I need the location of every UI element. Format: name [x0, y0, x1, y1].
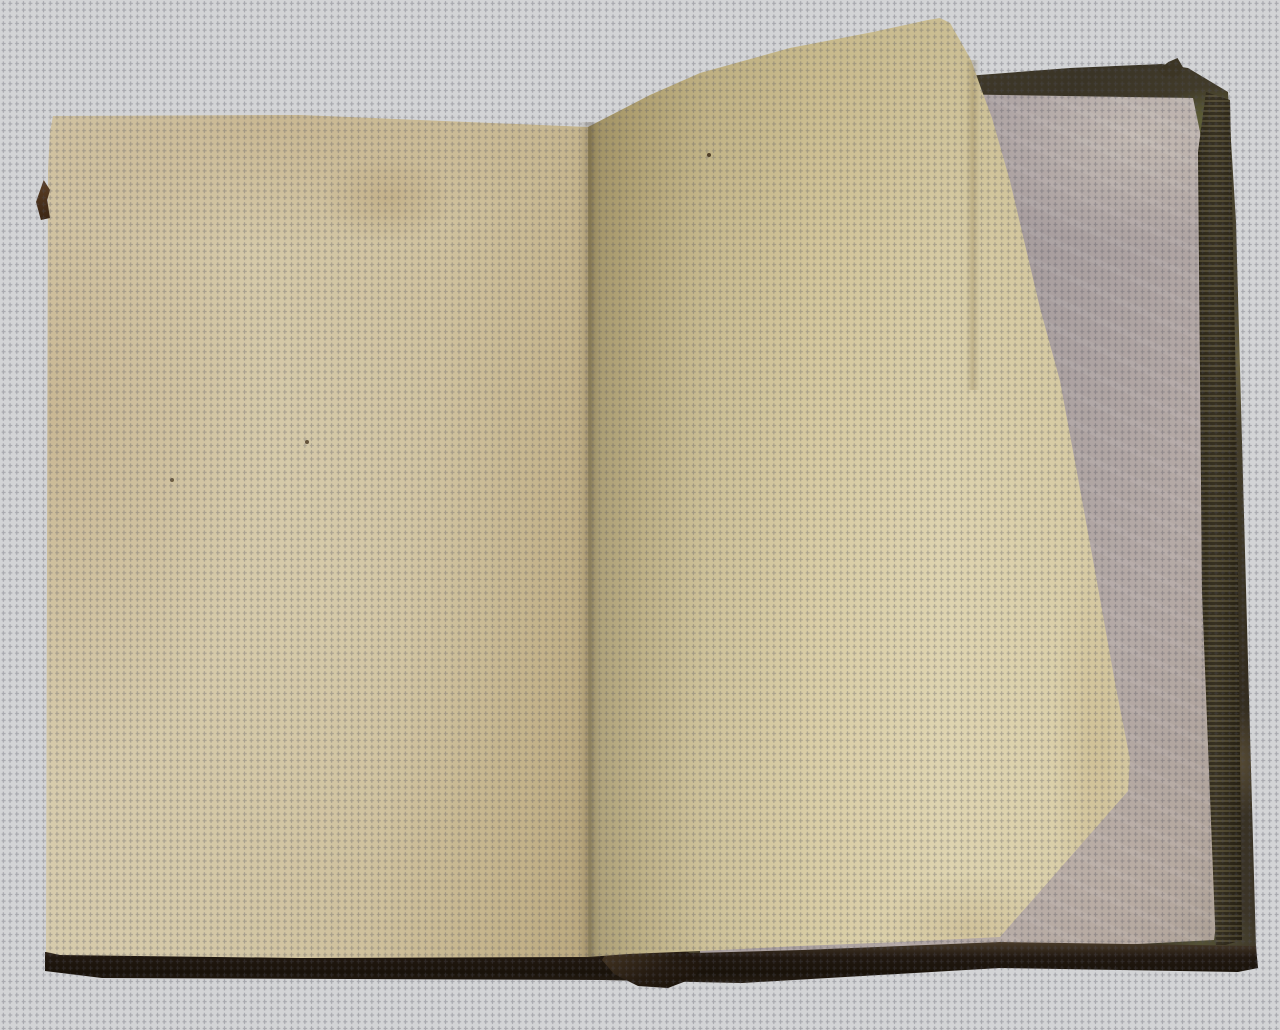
left-page — [46, 115, 588, 958]
page-speck — [170, 478, 174, 482]
photo-open-book — [0, 0, 1280, 1030]
edge-fragment — [36, 180, 50, 220]
page-speck — [305, 440, 309, 444]
gutter-fold-shadow — [578, 122, 600, 958]
page-speck — [707, 153, 711, 157]
under-page-edge-shadow — [966, 60, 980, 390]
